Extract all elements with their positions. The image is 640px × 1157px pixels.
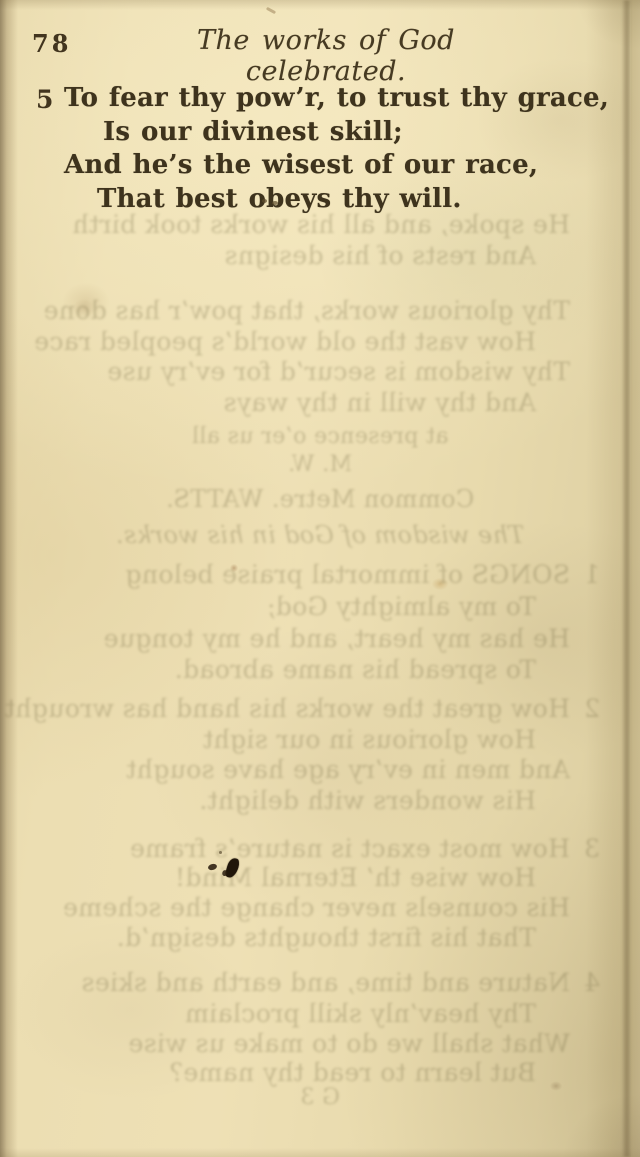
- stanza-number: 5: [36, 85, 53, 114]
- ghost-line: SONGS of immortal praise belong: [125, 560, 570, 589]
- page-bottom-edge-shadow: [0, 1148, 640, 1157]
- ghost-line: Nature and time, and earth and skies: [81, 968, 570, 997]
- page-edge-crease: [622, 0, 631, 1157]
- ghost-line: He has my heart, and he my tongue: [103, 624, 570, 653]
- ghost-line: That his first thoughts design’d.: [116, 923, 536, 952]
- ghost-line: To spread his name abroad.: [174, 655, 536, 684]
- verse-line: To fear thy pow’r, to trust thy grace,: [64, 83, 609, 113]
- ghost-line: The wisdom of God in his works.: [0, 521, 640, 549]
- ghost-line: 1: [584, 560, 600, 589]
- page-right-edge-shading: [586, 0, 640, 1157]
- ghost-line: G 3: [0, 1085, 640, 1110]
- verse-line: That best obeys thy will.: [97, 184, 462, 214]
- ink-speck: [219, 851, 222, 854]
- ghost-line: His counsels never change the scheme: [63, 893, 570, 922]
- ghost-line: Common Metre. WATTS.: [0, 485, 640, 513]
- ink-blot-small: [207, 863, 217, 871]
- page-gutter-shadow: [0, 0, 18, 1157]
- ink-speck: [262, 199, 267, 203]
- ghost-line: Thy heav’nly skill proclaim: [185, 999, 536, 1028]
- book-page: He spoke, and all his works took birthAn…: [0, 0, 640, 1157]
- ghost-line: 2: [584, 694, 600, 723]
- ghost-line: To my almighty God;: [267, 592, 536, 621]
- ghost-line: M. W.: [0, 452, 640, 477]
- ghost-line: Thy wisdom is secur’d for ev’ry use: [107, 357, 570, 386]
- ghost-line: How vast the old world’s peopled race: [34, 327, 536, 356]
- ghost-line: But learn to read thy name?: [169, 1058, 536, 1087]
- ghost-line: 4: [584, 968, 600, 997]
- verse-line: And he’s the wisest of our race,: [64, 150, 538, 180]
- verse-line: Is our divinest skill;: [103, 117, 403, 147]
- ink-speck: [272, 201, 278, 205]
- ink-blot: [224, 857, 240, 879]
- ghost-line: 3: [584, 834, 600, 863]
- ghost-line: at presence o’er us all: [0, 424, 640, 449]
- ghost-line: And men in ev’ry age have sought: [126, 755, 570, 784]
- ghost-line: What shall we do to make us wise: [128, 1029, 570, 1058]
- ghost-line: His wonders with delight.: [199, 786, 536, 815]
- ghost-line: Thy glorious works, that pow’r has done: [43, 296, 570, 325]
- running-title: The works of God celebrated.: [128, 25, 524, 87]
- corner-shadow-top-right: [550, 0, 640, 70]
- ghost-line: And thy will in thy ways: [223, 388, 536, 417]
- ghost-line: How glorious in our sight: [203, 725, 536, 754]
- ghost-line: How great the works his hand has wrought: [5, 694, 570, 723]
- ghost-line: How most exact is nature’s frame: [130, 834, 570, 863]
- ghost-line: He spoke, and all his works took birth: [72, 210, 570, 239]
- page-top-edge-shadow: [0, 0, 640, 10]
- corner-shadow-bottom-right: [530, 1067, 640, 1157]
- page-number: 78: [32, 29, 71, 58]
- ghost-line: And rests of his designs: [224, 241, 536, 270]
- adjacent-page-strip: [631, 0, 640, 1157]
- paper-scratch: [266, 7, 276, 14]
